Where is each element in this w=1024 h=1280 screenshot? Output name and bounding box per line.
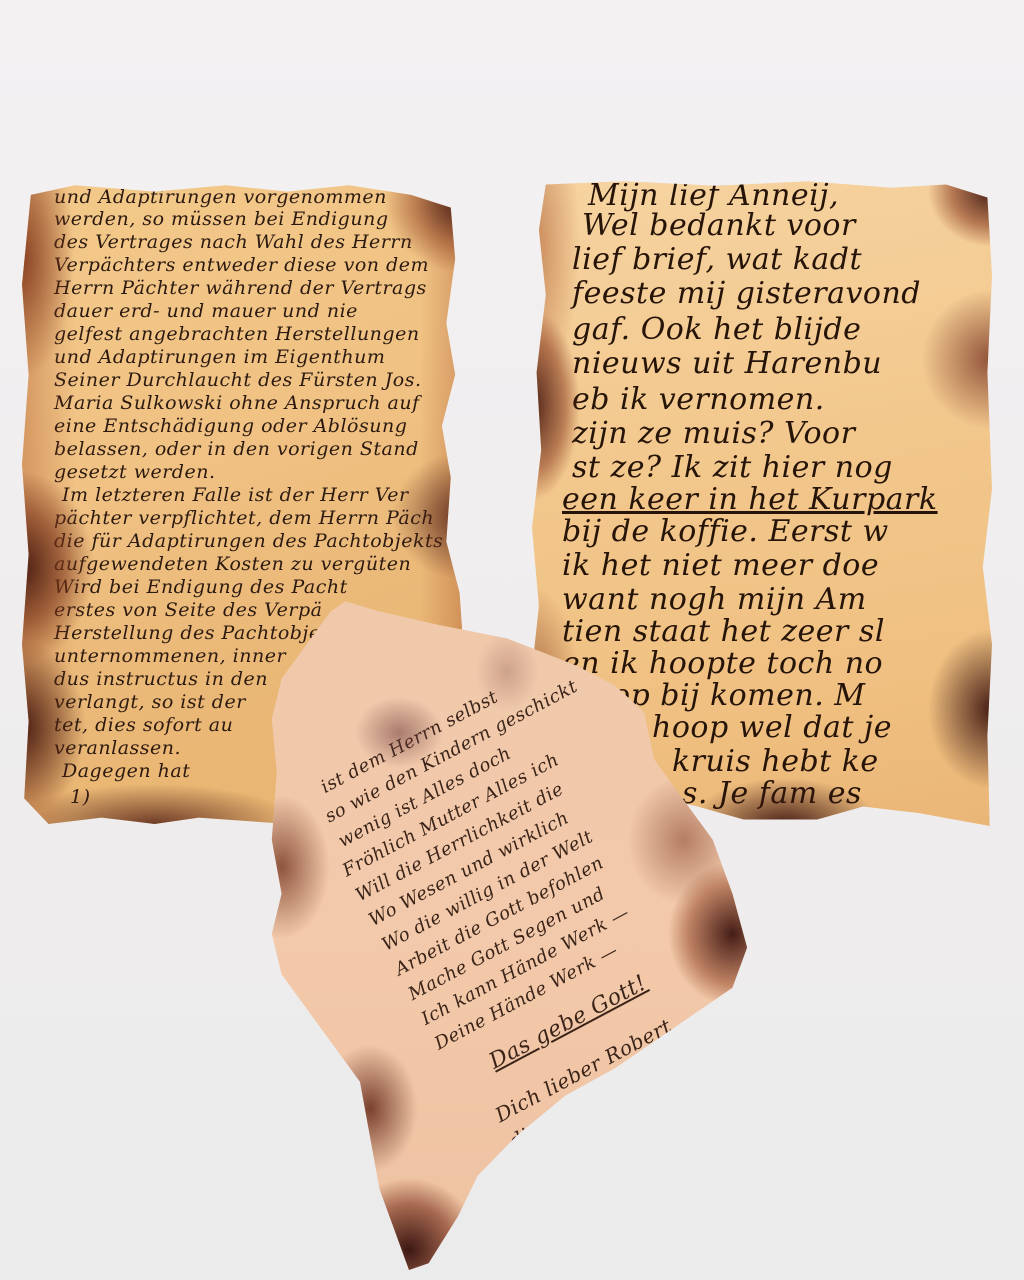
handwriting-line: belassen, oder in den vorigen Stand [54,438,419,460]
handwriting-line: en ik hoopte toch no [562,646,883,681]
handwriting-line: tet, dies sofort au [54,714,233,736]
handwriting-line: des Vertrages nach Wahl des Herrn [54,231,413,253]
handwriting-line: feeste mij gisteravond [572,276,921,311]
handwriting-line: M. [561,1160,597,1194]
handwriting-line: Dagegen hat [62,760,190,782]
handwriting-line: Seiner Durchlaucht des Fürsten Jos. [54,369,422,391]
handwriting-line: kruis hebt ke [672,744,879,779]
handwriting-line: ik het niet meer doe [562,548,879,583]
handwriting-line: gesetzt werden. [54,461,216,483]
handwriting-line: bij de koffie. Eerst w [562,514,889,549]
handwriting-line: st ze? Ik zit hier nog [572,450,893,485]
handwriting-line: hoop wel dat je [652,710,892,745]
handwriting-line: gaf. Ook het blijde [572,312,861,347]
handwriting-line: unternommenen, inner [54,645,286,667]
handwriting-line: een keer in het Kurpark [562,482,938,517]
handwriting-line: Herrn Pächter während der Vertrags [54,277,427,299]
handwriting-line: zijn ze muis? Voor [572,416,855,451]
handwriting-line: veranlassen. [54,737,181,759]
handwriting-line: tien staat het zeer sl [562,614,885,649]
handwriting-line: und Adaptirungen vorgenommen [54,186,387,208]
handwriting-line: Wel bedankt voor [582,208,856,243]
handwriting-line: aufgewendeten Kosten zu vergüten [54,553,411,575]
handwriting-line: die für Adaptirungen des Pachtobjekts [54,530,443,552]
handwriting-line: werden, so müssen bei Endigung [54,208,388,230]
handwriting-line: dauer erd- und mauer und nie [54,300,358,322]
handwriting-line: op bij komen. M [612,678,866,713]
handwriting-line: Maria Sulkowski ohne Anspruch auf [54,392,420,414]
handwriting-line: dus instructus in den [54,668,268,690]
handwriting-line: want nogh mijn Am [562,582,867,617]
handwriting-line: eine Entschädigung oder Ablösung [54,415,407,437]
handwriting-line: Herstellung des Pachtobje [54,622,321,644]
handwriting-line: und Adaptirungen im Eigenthum [54,346,385,368]
handwriting-line: 1) [70,786,91,808]
handwriting-line: eb ik vernomen. [572,382,825,417]
handwriting-line: lief brief, wat kadt [572,242,862,277]
handwriting-line: pächter verpflichtet, dem Herrn Päch [54,507,434,529]
handwriting-line: nieuws uit Harenbu [572,346,882,381]
handwriting-line: Dich lieber Robert [491,1014,676,1127]
handwriting-line: s. Je fam es [682,776,862,811]
handwriting-line: verlangt, so ist der [54,691,246,713]
handwriting-line: Im letzteren Falle ist der Herr Ver [62,484,409,506]
handwriting-line: Deine [582,1099,648,1149]
handwriting-line: erstes von Seite des Verpä [54,599,322,621]
handwriting-line: Wird bei Endigung des Pacht [54,576,348,598]
handwriting-line: gelfest angebrachten Herstellungen [54,323,420,345]
handwriting-line: Verpächters entweder diese von dem [54,254,429,276]
